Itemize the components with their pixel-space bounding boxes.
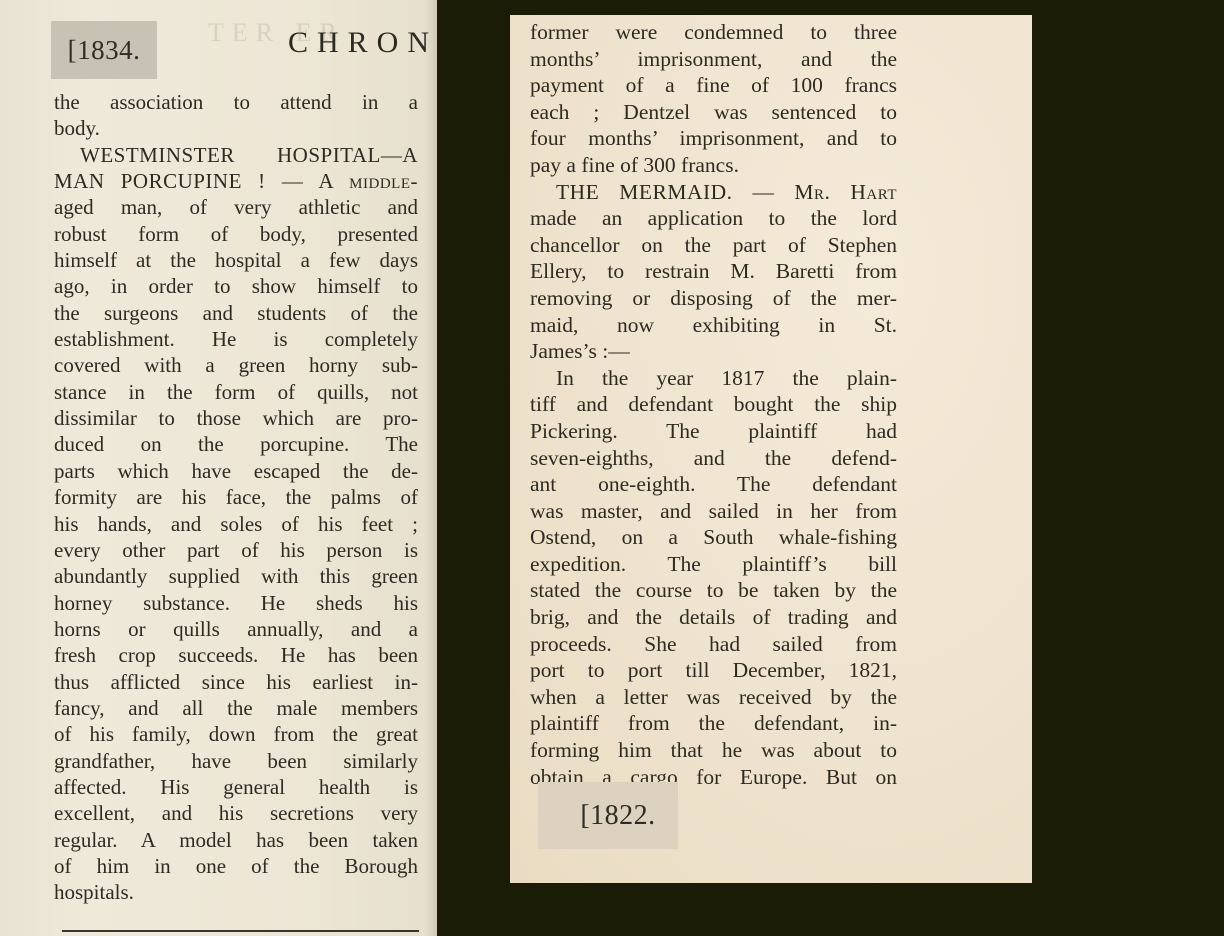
text-line: tiff and defendant bought the ship — [530, 391, 897, 418]
right-page-scan: former were condemned to three months’ i… — [510, 15, 1032, 883]
text-line: affected. His general health is — [54, 774, 418, 800]
text-line: the surgeons and students of the — [54, 300, 418, 326]
text-line: maid, now exhibiting in St. — [530, 312, 897, 339]
text-line: dissimilar to those which are pro- — [54, 405, 418, 431]
text-line: hospitals. — [54, 879, 418, 905]
text-line: of him in one of the Borough — [54, 853, 418, 879]
text-line: parts which have escaped the de- — [54, 458, 418, 484]
text-line: made an application to the lord — [530, 205, 897, 232]
text-line: horney substance. He sheds his — [54, 590, 418, 616]
text-line: the association to attend in a — [54, 89, 418, 115]
text-line: ant one-eighth. The defendant — [530, 471, 897, 498]
text-line: duced on the porcupine. The — [54, 431, 418, 457]
section-heading-porcupine: MAN PORCUPINE ! — A middle- — [54, 168, 418, 194]
text-line: months’ imprisonment, and the — [530, 46, 897, 73]
text-line: body. — [54, 115, 418, 141]
text-line: brig, and the details of trading and — [530, 604, 897, 631]
section-heading-mermaid: THE MERMAID. — Mr. Hart — [530, 179, 897, 206]
folio-year-right: [1822. — [580, 800, 655, 832]
section-heading-westminster: WESTMINSTER HOSPITAL—A — [54, 142, 418, 168]
text-line: excellent, and his secretions very — [54, 800, 418, 826]
text-line: each ; Dentzel was sentenced to — [530, 99, 897, 126]
left-column-text: the association to attend in a body. WES… — [54, 89, 418, 906]
folio-box-left: [1834. — [51, 21, 157, 79]
text-line: pay a fine of 300 francs. — [530, 152, 897, 179]
text-line: was master, and sailed in her from — [530, 498, 897, 525]
text-line: In the year 1817 the plain- — [530, 365, 897, 392]
text-line: Ellery, to restrain M. Baretti from — [530, 258, 897, 285]
text-line: port to port till December, 1821, — [530, 657, 897, 684]
text-line: expedition. The plaintiff’s bill — [530, 551, 897, 578]
text-line: James’s :— — [530, 338, 897, 365]
text-line: regular. A model has been taken — [54, 827, 418, 853]
text-line: proceeds. She had sailed from — [530, 631, 897, 658]
text-line: every other part of his person is — [54, 537, 418, 563]
text-line: when a letter was received by the — [530, 684, 897, 711]
text-line: his hands, and soles of his feet ; — [54, 511, 418, 537]
text-line: aged man, of very athletic and — [54, 194, 418, 220]
text-line: former were condemned to three — [530, 19, 897, 46]
text-line: stated the course to be taken by the — [530, 577, 897, 604]
text-line: establishment. He is completely — [54, 326, 418, 352]
text-line: abundantly supplied with this green — [54, 563, 418, 589]
text-line: seven-eighths, and the defend- — [530, 445, 897, 472]
text-line: stance in the form of quills, not — [54, 379, 418, 405]
text-line: robust form of body, presented — [54, 221, 418, 247]
running-head: CHRON — [288, 26, 437, 60]
text-line: thus afflicted since his earliest in- — [54, 669, 418, 695]
text-line: fancy, and all the male members — [54, 695, 418, 721]
folio-year-left: [1834. — [68, 35, 141, 66]
text-line: forming him that he was about to — [530, 737, 897, 764]
text-line: fresh crop succeeds. He has been — [54, 642, 418, 668]
right-column-text: former were condemned to three months’ i… — [530, 19, 897, 790]
text-line: Pickering. The plaintiff had — [530, 418, 897, 445]
text-line: himself at the hospital a few days — [54, 247, 418, 273]
section-divider-rule — [62, 930, 419, 932]
text-line: ago, in order to show himself to — [54, 273, 418, 299]
folio-box-right: [1822. — [538, 782, 678, 849]
text-line: horns or quills annually, and a — [54, 616, 418, 642]
text-line: chancellor on the part of Stephen — [530, 232, 897, 259]
text-line: grandfather, have been similarly — [54, 748, 418, 774]
text-line: plaintiff from the defendant, in- — [530, 710, 897, 737]
left-page-scan: TER ER [1834. CHRON the association to a… — [0, 0, 437, 936]
text-line: Ostend, on a South whale-fishing — [530, 524, 897, 551]
text-line: formity are his face, the palms of — [54, 484, 418, 510]
page-fold-shadow — [425, 0, 437, 936]
text-line: payment of a fine of 100 francs — [530, 72, 897, 99]
text-line: covered with a green horny sub- — [54, 352, 418, 378]
text-line: of his family, down from the great — [54, 721, 418, 747]
text-line: four months’ imprisonment, and to — [530, 125, 897, 152]
text-line: removing or disposing of the mer- — [530, 285, 897, 312]
